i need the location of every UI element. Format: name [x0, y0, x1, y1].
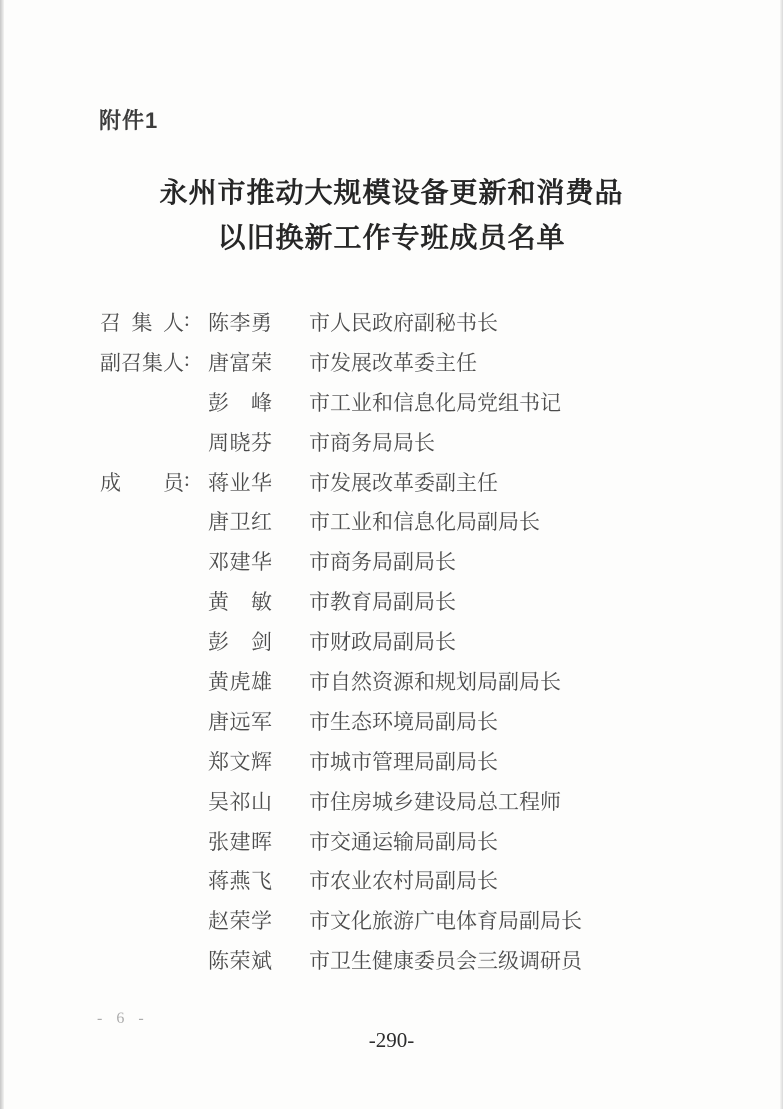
role-colon: : — [184, 467, 195, 497]
roster-row: 唐远军市生态环境局副局长 — [100, 701, 582, 741]
member-position: 市工业和信息化局党组书记 — [309, 387, 561, 417]
page-number-left: - 6 - — [97, 1010, 149, 1028]
member-name: 唐卫红 — [208, 506, 272, 536]
role-colon: : — [184, 307, 195, 337]
roster-row: 黄虎雄市自然资源和规划局副局长 — [100, 661, 582, 701]
member-name: 郑文辉 — [208, 746, 272, 776]
member-name: 陈荣斌 — [208, 945, 272, 975]
scan-edge-left — [0, 0, 4, 1109]
member-role-label: 召集人: — [100, 307, 195, 337]
member-position: 市交通运输局副局长 — [309, 826, 498, 856]
roster-row: 彭剑市财政局副局长 — [100, 621, 582, 661]
member-name: 蒋燕飞 — [208, 865, 272, 895]
member-name: 彭剑 — [208, 626, 272, 656]
roster-row: 唐卫红市工业和信息化局副局长 — [100, 501, 582, 541]
member-name: 黄虎雄 — [208, 666, 272, 696]
member-name: 张建晖 — [208, 826, 272, 856]
member-roster: 召集人:陈李勇市人民政府副秘书长副召集人:唐富荣市发展改革委主任彭峰市工业和信息… — [100, 302, 582, 980]
member-name: 唐远军 — [208, 706, 272, 736]
member-name: 陈李勇 — [208, 307, 272, 337]
member-position: 市财政局副局长 — [309, 626, 456, 656]
member-position: 市商务局局长 — [309, 427, 435, 457]
roster-row: 赵荣学市文化旅游广电体育局副局长 — [100, 900, 582, 940]
member-name: 赵荣学 — [208, 905, 272, 935]
document-title-line1: 永州市推动大规模设备更新和消费品 — [0, 171, 783, 216]
member-position: 市发展改革委主任 — [309, 347, 477, 377]
member-name: 蒋业华 — [208, 467, 272, 497]
member-name: 彭峰 — [208, 387, 272, 417]
roster-row: 成员:蒋业华市发展改革委副主任 — [100, 462, 582, 502]
member-position: 市生态环境局副局长 — [309, 706, 498, 736]
member-position: 市卫生健康委员会三级调研员 — [309, 945, 582, 975]
roster-row: 蒋燕飞市农业农村局副局长 — [100, 860, 582, 900]
member-position: 市住房城乡建设局总工程师 — [309, 786, 561, 816]
member-position: 市自然资源和规划局副局长 — [309, 666, 561, 696]
scanned-document-page: 附件1 永州市推动大规模设备更新和消费品 以旧换新工作专班成员名单 召集人:陈李… — [0, 0, 783, 1109]
roster-row: 副召集人:唐富荣市发展改革委主任 — [100, 342, 582, 382]
member-position: 市商务局副局长 — [309, 546, 456, 576]
document-title-line2: 以旧换新工作专班成员名单 — [0, 216, 783, 261]
member-name: 邓建华 — [208, 546, 272, 576]
document-title: 永州市推动大规模设备更新和消费品 以旧换新工作专班成员名单 — [0, 171, 783, 261]
roster-row: 吴祁山市住房城乡建设局总工程师 — [100, 781, 582, 821]
member-position: 市发展改革委副主任 — [309, 467, 498, 497]
member-position: 市人民政府副秘书长 — [309, 307, 498, 337]
roster-row: 黄敏市教育局副局长 — [100, 581, 582, 621]
member-position: 市教育局副局长 — [309, 586, 456, 616]
member-role-label: 副召集人: — [100, 347, 195, 377]
roster-row: 张建晖市交通运输局副局长 — [100, 821, 582, 861]
member-position: 市城市管理局副局长 — [309, 746, 498, 776]
page-number-center: -290- — [0, 1028, 783, 1053]
member-name: 唐富荣 — [208, 347, 272, 377]
member-name: 吴祁山 — [208, 786, 272, 816]
role-colon: : — [184, 347, 195, 377]
roster-row: 周晓芬市商务局局长 — [100, 422, 582, 462]
roster-row: 郑文辉市城市管理局副局长 — [100, 741, 582, 781]
attachment-label: 附件1 — [99, 104, 158, 135]
roster-row: 陈荣斌市卫生健康委员会三级调研员 — [100, 940, 582, 980]
roster-row: 邓建华市商务局副局长 — [100, 541, 582, 581]
member-name: 黄敏 — [208, 586, 272, 616]
roster-row: 召集人:陈李勇市人民政府副秘书长 — [100, 302, 582, 342]
member-name: 周晓芬 — [208, 427, 272, 457]
member-position: 市工业和信息化局副局长 — [309, 506, 540, 536]
member-position: 市文化旅游广电体育局副局长 — [309, 905, 582, 935]
roster-row: 彭峰市工业和信息化局党组书记 — [100, 382, 582, 422]
member-role-label: 成员: — [100, 467, 195, 497]
member-position: 市农业农村局副局长 — [309, 865, 498, 895]
